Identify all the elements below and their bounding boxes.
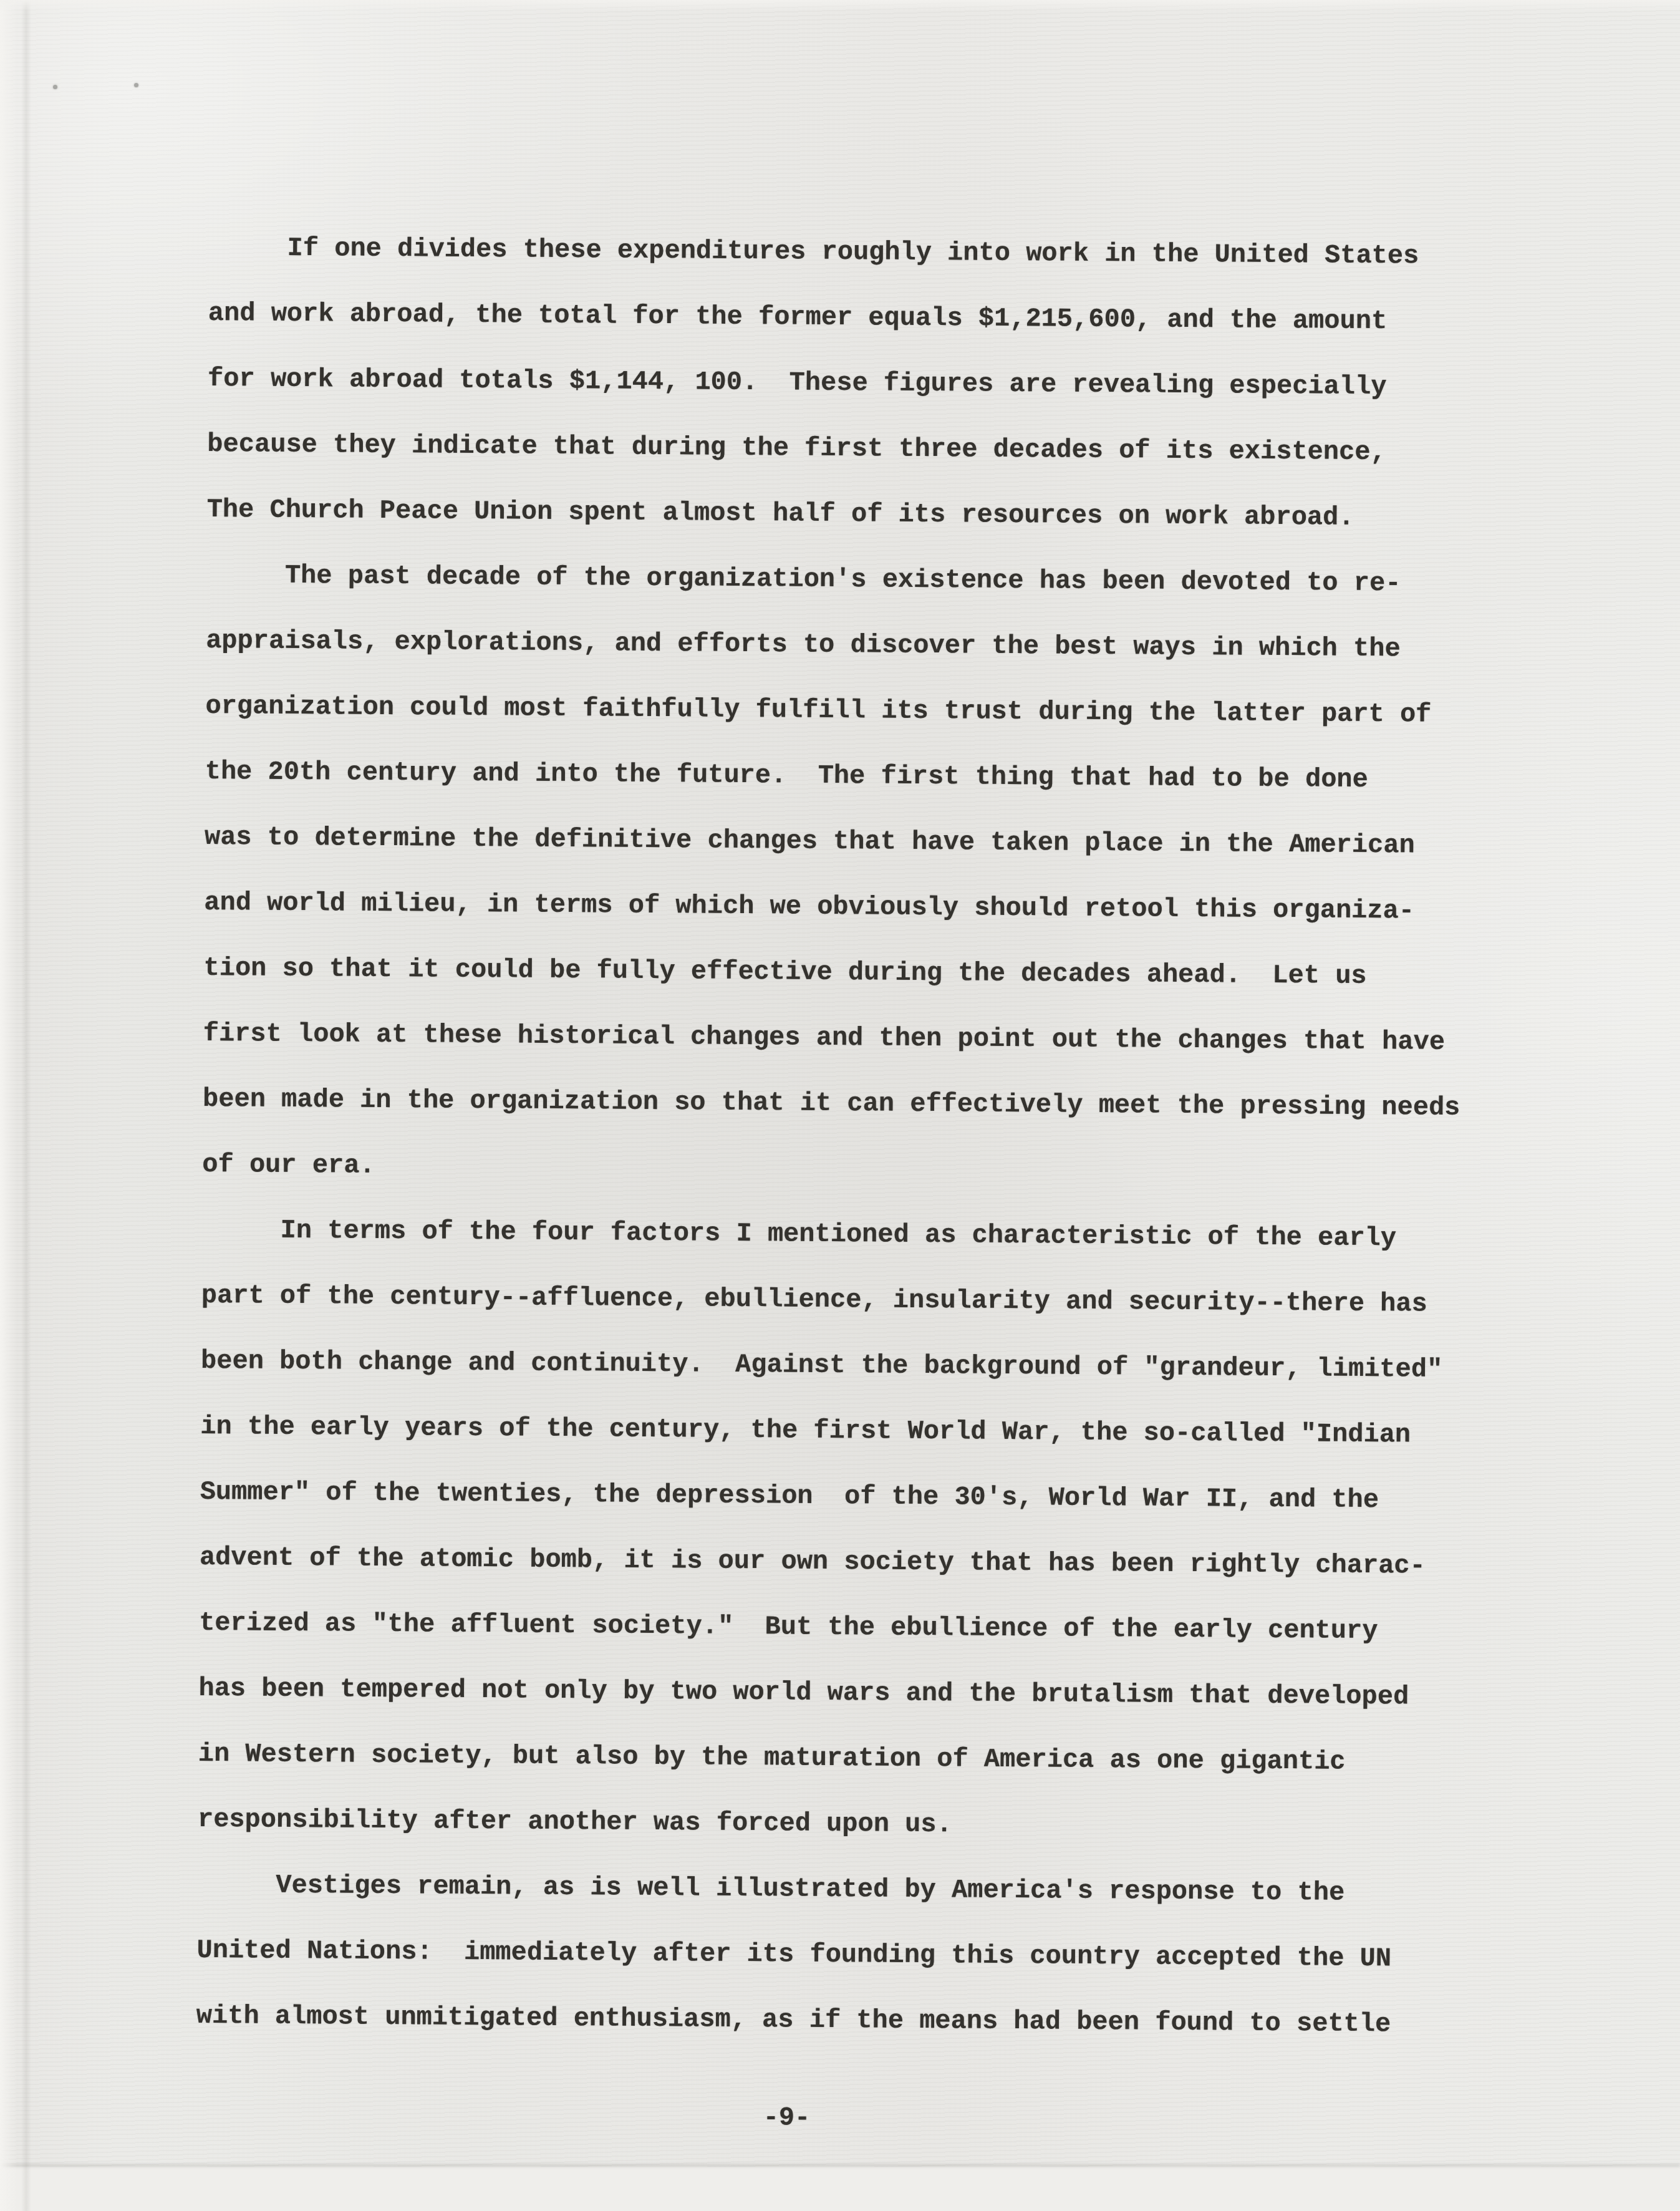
text-line: was to determine the definitive changes … (205, 805, 1515, 879)
text-line: United Nations: immediately after its fo… (196, 1918, 1507, 1993)
scan-speck (53, 85, 57, 89)
text-line: for work abroad totals $1,144, 100. Thes… (208, 346, 1518, 421)
text-line: has been tempered not only by two world … (198, 1656, 1509, 1731)
text-line: and work abroad, the total for the forme… (208, 281, 1518, 356)
paper-crease (21, 0, 31, 2211)
text-line: organization could most faithfully fulfi… (205, 674, 1515, 748)
paper-edge (0, 2164, 1680, 2167)
text-line: terized as "the affluent society." But t… (199, 1590, 1509, 1665)
text-line: tion so that it could be fully effective… (203, 936, 1513, 1010)
text-line: appraisals, explorations, and efforts to… (206, 608, 1516, 683)
scanner-edge-top (0, 0, 1680, 11)
text-line: In terms of the four factors I mentioned… (201, 1197, 1512, 1272)
text-line: If one divides these expenditures roughl… (208, 215, 1518, 290)
typewritten-text: If one divides these expenditures roughl… (195, 215, 1518, 2156)
text-line: first look at these historical changes a… (203, 1001, 1513, 1076)
text-line: with almost unmitigated enthusiasm, as i… (196, 1983, 1506, 2058)
scanned-page: If one divides these expenditures roughl… (0, 0, 1680, 2211)
text-line: The past decade of the organization's ex… (206, 543, 1517, 617)
text-line: Summer" of the twenties, the depression … (200, 1459, 1510, 1534)
text-line: because they indicate that during the fi… (207, 412, 1517, 486)
text-line: The Church Peace Union spent almost half… (206, 477, 1517, 552)
text-line: the 20th century and into the future. Th… (205, 739, 1515, 814)
text-line: in the early years of the century, the f… (200, 1394, 1510, 1469)
text-line: of our era. (202, 1132, 1512, 1207)
text-line: been made in the organization so that it… (203, 1067, 1513, 1141)
text-line: been both change and continuity. Against… (201, 1328, 1511, 1403)
text-line: Vestiges remain, as is well illustrated … (197, 1852, 1507, 1927)
scan-speck (134, 83, 138, 87)
text-line: and world milieu, in terms of which we o… (204, 870, 1514, 945)
text-line: in Western society, but also by the matu… (198, 1721, 1508, 1796)
text-line: responsibility after another was forced … (198, 1787, 1508, 1862)
scanner-bed (0, 2167, 1680, 2211)
text-line: advent of the atomic bomb, it is our own… (200, 1525, 1510, 1600)
scanner-edge-left (0, 0, 17, 2211)
text-line: part of the century--affluence, ebullien… (201, 1263, 1512, 1338)
page-number: -9- (195, 2081, 1505, 2156)
